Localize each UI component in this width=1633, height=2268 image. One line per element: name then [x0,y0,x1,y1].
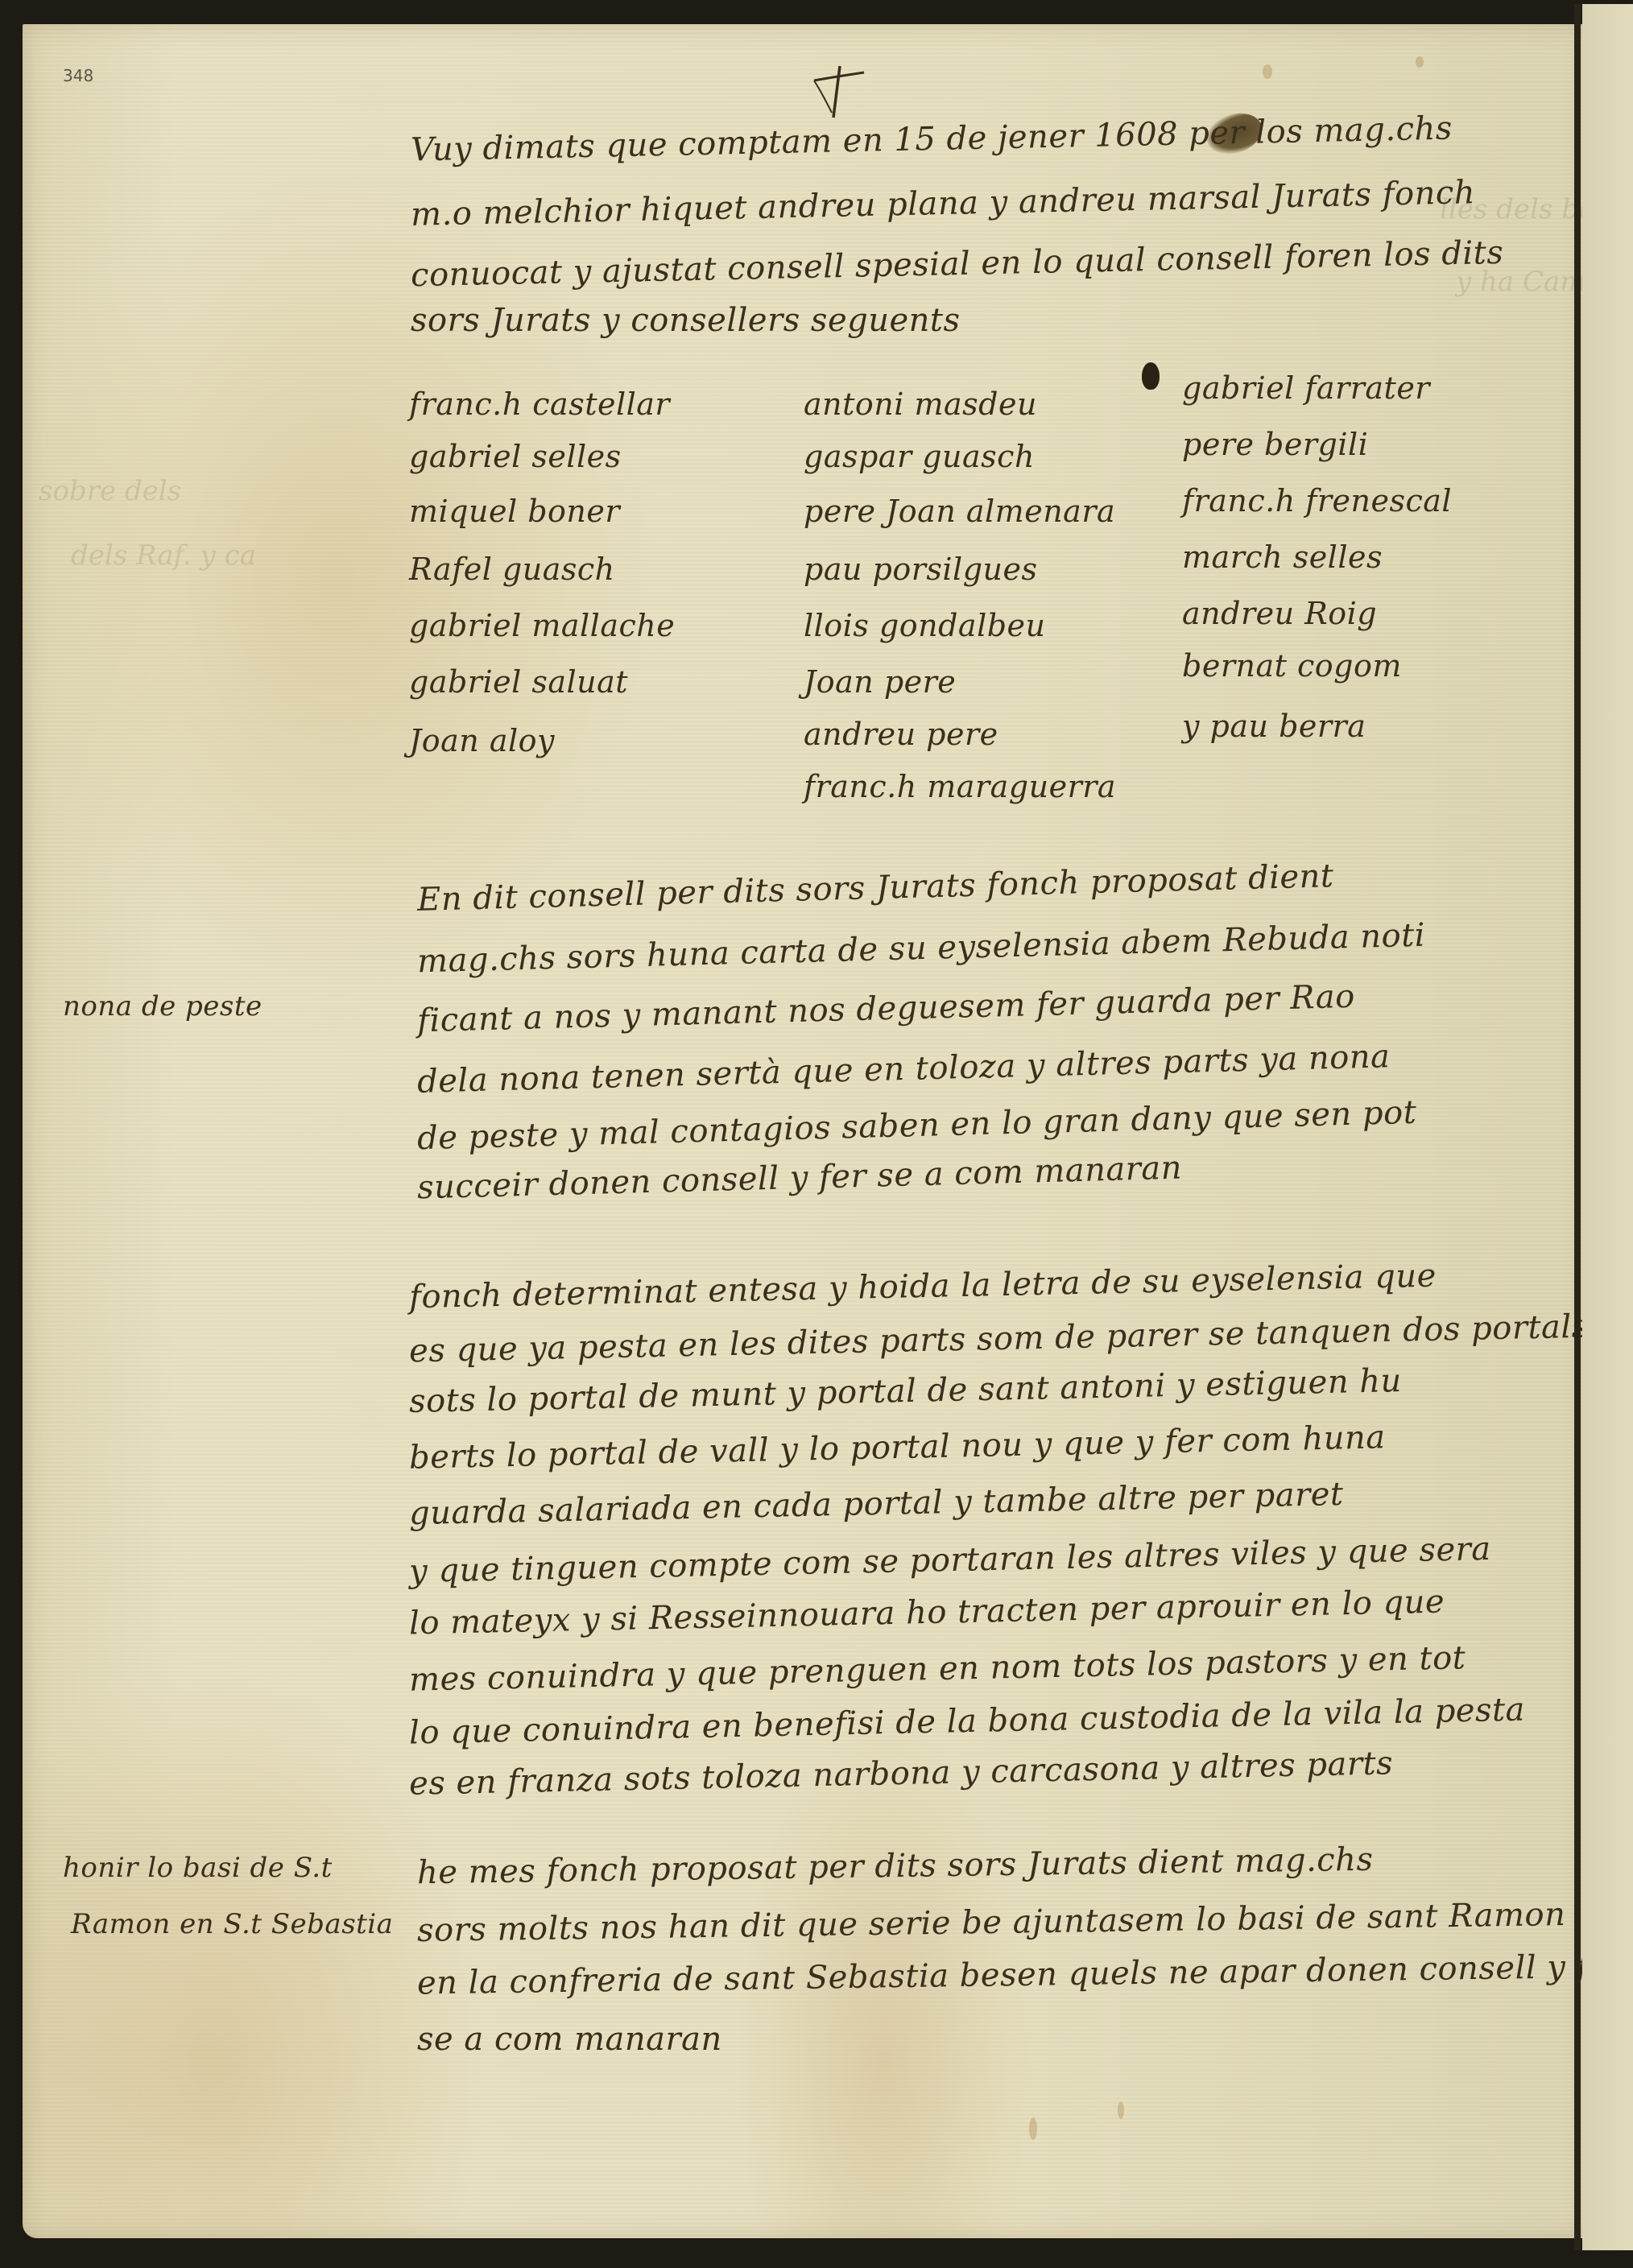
councillor-name: llois gondalbeu [804,608,1046,643]
text-line: he mes fonch proposat per dits sors Jura… [417,1841,1374,1892]
foxing-stain [1416,56,1424,68]
text-line: sors molts nos han dit que serie be ajun… [417,1896,1566,1949]
councillor-name: andreu pere [804,717,998,752]
text-line: ficant a nos y manant nos deguesem fer g… [417,978,1356,1039]
councillor-name: pau porsilgues [804,552,1038,587]
councillor-name: Rafel guasch [409,552,615,587]
foxing-stain [1118,2101,1124,2119]
councillor-name: bernat cogom [1182,648,1402,684]
councillor-name: franc.h frenescal [1182,483,1452,518]
text-line: sors Jurats y consellers seguents [411,302,961,339]
councillor-name: andreu Roig [1182,596,1377,631]
text-line: dela nona tenen sertà que en toloza y al… [417,1038,1391,1101]
foxing-stain [1263,64,1272,79]
text-line: sots lo portal de munt y portal de sant … [409,1362,1403,1420]
binding-gutter [1574,4,1581,2250]
text-line: mag.chs sors huna carta de su eyselensia… [417,917,1426,981]
councillor-name: franc.h castellar [409,386,670,422]
foxing-stain [1029,2117,1037,2140]
text-line: y que tinguen compte com se portaran les… [409,1531,1491,1590]
text-line: fonch determinat entesa y hoida la letra… [409,1258,1437,1316]
text-line: Vuy dimats que comptam en 15 de jener 16… [411,109,1453,168]
councillor-name: y pau berra [1182,708,1366,744]
councillor-name: franc.h maraguerra [804,769,1116,804]
text-line: guarda salariada en cada portal y tambe … [409,1476,1344,1532]
councillor-name: pere Joan almenara [804,494,1115,529]
bleed-through-text: sobre dels [39,475,181,507]
text-line: lo que conuindra en benefisi de la bona … [409,1691,1526,1751]
text-line: en la confreria de sant Sebastia besen q… [417,1948,1624,2002]
margin-note: nona de peste [63,990,263,1022]
folio-number: 348 [63,66,93,85]
margin-note: honir lo basi de S.t [63,1852,333,1884]
text-line: conuocat y ajustat consell spesial en lo… [411,234,1504,294]
councillor-name: miquel boner [409,494,620,529]
text-line: se a com manaran [417,2021,722,2058]
councillor-name: antoni masdeu [804,386,1037,422]
text-line: es en franza sots toloza narbona y carca… [409,1745,1394,1803]
text-line: es que ya pesta en les dites parts som d… [409,1308,1589,1370]
text-line: berts lo portal de vall y lo portal nou … [409,1419,1386,1476]
ink-drop [1142,362,1160,390]
manuscript-page: 348 lles dels bellos parts y ha Camer so… [23,24,1589,2238]
councillor-name: gabriel selles [409,439,622,474]
councillor-name: Joan aloy [409,723,555,758]
text-line: mes conuindra y que prenguen en nom tots… [409,1639,1466,1698]
text-line: succeir donen consell y fer se a com man… [417,1150,1183,1207]
councillor-name: gabriel farrater [1182,370,1430,406]
councillor-name: gabriel saluat [409,664,628,700]
councillor-name: gabriel mallache [409,608,675,643]
councillor-name: gaspar guasch [804,439,1035,474]
councillor-name: march selles [1182,539,1383,575]
text-line: En dit consell per dits sors Jurats fonc… [417,857,1334,919]
text-line: m.o melchior hiquet andreu plana y andre… [411,174,1476,233]
bleed-through-text: dels Raf. y ca [71,539,256,572]
margin-note: Ramon en S.t Sebastia [71,1908,393,1940]
adjacent-page-edge [1582,4,1633,2250]
cross-mark-icon [808,64,872,121]
text-line: lo mateyx y si Resseinnouara ho tracten … [409,1584,1445,1642]
councillor-name: pere bergili [1182,427,1368,462]
councillor-name: Joan pere [804,664,956,700]
text-line: de peste y mal contagios saben en lo gra… [417,1094,1417,1157]
